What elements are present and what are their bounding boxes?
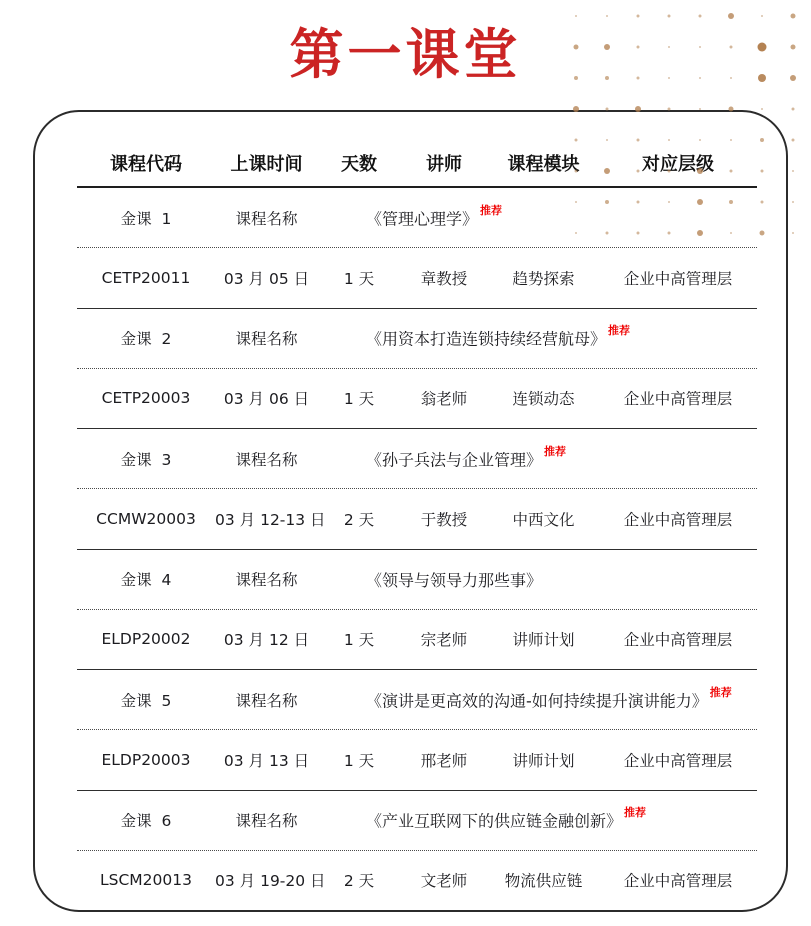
dot-decoration: [792, 170, 794, 172]
cell-course-module: 物流供应链: [488, 869, 599, 891]
recommend-badge: 推荐: [544, 445, 566, 458]
header-level: 对应层级: [599, 150, 757, 176]
cell-course-title: 《孙子兵法与企业管理》推荐: [318, 447, 757, 470]
cell-days: 2 天: [318, 508, 400, 530]
cell-course-module: 趋势探索: [488, 267, 599, 289]
table-row: ELDP2000303 月 13 日1 天邢老师讲师计划企业中高管理层: [77, 730, 757, 790]
table-row: CCMW2000303 月 12-13 日2 天于教授中西文化企业中高管理层: [77, 489, 757, 549]
recommend-badge: 推荐: [608, 324, 630, 337]
header-lecturer: 讲师: [400, 150, 488, 176]
cell-course-module: 中西文化: [488, 508, 599, 530]
header-days: 天数: [318, 150, 400, 176]
table-row: 金课 5课程名称《演讲是更高效的沟通-如何持续提升演讲能力》推荐: [77, 670, 757, 730]
cell-days: 1 天: [318, 267, 400, 289]
table-header-row: 课程代码 上课时间 天数 讲师 课程模块 对应层级: [77, 112, 757, 188]
table-row: CETP2000303 月 06 日1 天翁老师连锁动态企业中高管理层: [77, 369, 757, 429]
cell-lecturer: 文老师: [400, 869, 488, 891]
recommend-badge: 推荐: [624, 806, 646, 819]
cell-course-title: 《产业互联网下的供应链金融创新》推荐: [318, 808, 757, 831]
cell-days: 1 天: [318, 749, 400, 771]
cell-course-code: CETP20003: [77, 389, 215, 407]
recommend-badge: 推荐: [710, 686, 732, 699]
cell-days: 1 天: [318, 387, 400, 409]
cell-class-time: 03 月 05 日: [215, 267, 318, 289]
cell-level: 企业中高管理层: [599, 387, 757, 409]
cell-course-code: ELDP20002: [77, 630, 215, 648]
cell-course-module: 连锁动态: [488, 387, 599, 409]
cell-course-code: CETP20011: [77, 269, 215, 287]
course-table: 课程代码 上课时间 天数 讲师 课程模块 对应层级 金课 1课程名称《管理心理学…: [77, 112, 757, 910]
cell-course-code: LSCM20013: [77, 871, 215, 889]
dot-decoration: [761, 108, 763, 110]
cell-course-code: 金课 4: [77, 568, 215, 590]
cell-level: 企业中高管理层: [599, 628, 757, 650]
cell-name-label: 课程名称: [215, 809, 318, 831]
header-course-code: 课程代码: [77, 150, 215, 176]
table-row: 金课 6课程名称《产业互联网下的供应链金融创新》推荐: [77, 791, 757, 851]
cell-level: 企业中高管理层: [599, 869, 757, 891]
cell-course-code: 金课 5: [77, 689, 215, 711]
table-row: 金课 4课程名称《领导与领导力那些事》: [77, 550, 757, 610]
cell-course-title: 《领导与领导力那些事》: [318, 568, 757, 591]
cell-level: 企业中高管理层: [599, 749, 757, 771]
cell-course-title: 《用资本打造连锁持续经营航母》推荐: [318, 326, 757, 349]
cell-class-time: 03 月 12-13 日: [215, 508, 318, 530]
table-row: ELDP2000203 月 12 日1 天宗老师讲师计划企业中高管理层: [77, 610, 757, 670]
cell-course-code: ELDP20003: [77, 751, 215, 769]
cell-level: 企业中高管理层: [599, 267, 757, 289]
cell-name-label: 课程名称: [215, 207, 318, 229]
cell-lecturer: 章教授: [400, 267, 488, 289]
header-class-time: 上课时间: [215, 150, 318, 176]
cell-name-label: 课程名称: [215, 327, 318, 349]
cell-course-title: 《演讲是更高效的沟通-如何持续提升演讲能力》推荐: [318, 688, 757, 711]
cell-course-code: CCMW20003: [77, 510, 215, 528]
table-body: 金课 1课程名称《管理心理学》推荐CETP2001103 月 05 日1 天章教…: [77, 188, 757, 910]
table-row: 金课 2课程名称《用资本打造连锁持续经营航母》推荐: [77, 309, 757, 369]
cell-days: 1 天: [318, 628, 400, 650]
cell-class-time: 03 月 06 日: [215, 387, 318, 409]
dot-decoration: [792, 201, 794, 203]
cell-name-label: 课程名称: [215, 448, 318, 470]
cell-class-time: 03 月 12 日: [215, 628, 318, 650]
cell-level: 企业中高管理层: [599, 508, 757, 530]
cell-name-label: 课程名称: [215, 689, 318, 711]
cell-lecturer: 邢老师: [400, 749, 488, 771]
cell-days: 2 天: [318, 869, 400, 891]
cell-course-title: 《管理心理学》推荐: [318, 206, 757, 229]
cell-class-time: 03 月 13 日: [215, 749, 318, 771]
cell-lecturer: 宗老师: [400, 628, 488, 650]
cell-class-time: 03 月 19-20 日: [215, 869, 318, 891]
cell-course-code: 金课 1: [77, 207, 215, 229]
cell-course-code: 金课 2: [77, 327, 215, 349]
cell-lecturer: 翁老师: [400, 387, 488, 409]
table-row: 金课 1课程名称《管理心理学》推荐: [77, 188, 757, 248]
cell-course-module: 讲师计划: [488, 628, 599, 650]
cell-course-code: 金课 3: [77, 448, 215, 470]
dot-decoration: [792, 139, 795, 142]
dot-decoration: [792, 108, 795, 111]
course-table-card: 课程代码 上课时间 天数 讲师 课程模块 对应层级 金课 1课程名称《管理心理学…: [33, 110, 788, 912]
table-row: CETP2001103 月 05 日1 天章教授趋势探索企业中高管理层: [77, 248, 757, 308]
cell-name-label: 课程名称: [215, 568, 318, 590]
recommend-badge: 推荐: [480, 204, 502, 217]
dot-decoration: [792, 232, 794, 234]
table-row: 金课 3课程名称《孙子兵法与企业管理》推荐: [77, 429, 757, 489]
table-row: LSCM2001303 月 19-20 日2 天文老师物流供应链企业中高管理层: [77, 851, 757, 910]
header-course-module: 课程模块: [488, 150, 599, 176]
page-title: 第一课堂: [0, 12, 811, 89]
cell-course-code: 金课 6: [77, 809, 215, 831]
cell-lecturer: 于教授: [400, 508, 488, 530]
cell-course-module: 讲师计划: [488, 749, 599, 771]
